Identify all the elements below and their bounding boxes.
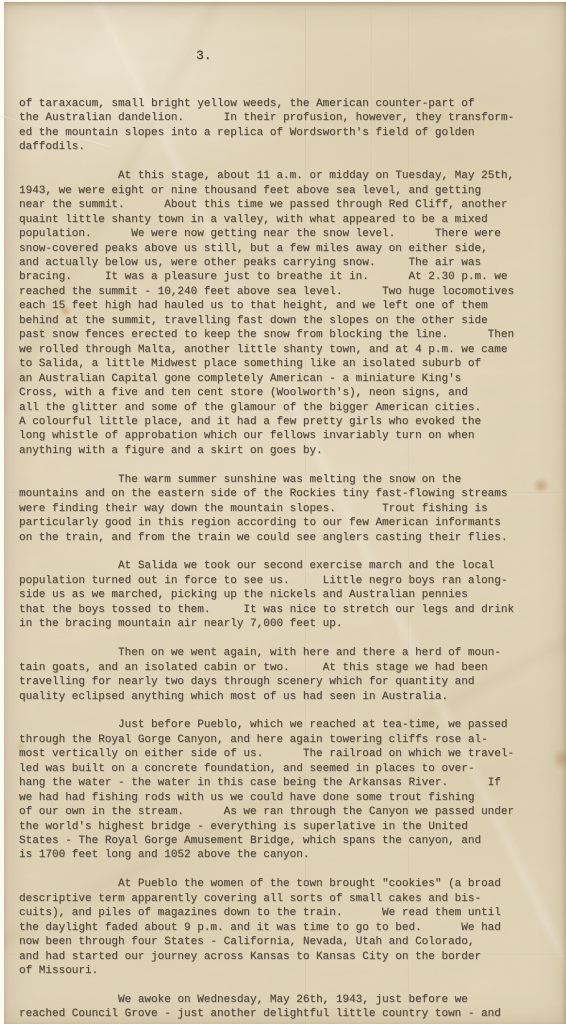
paragraph-salida-march: At Salida we took our second exercise ma… [19, 559, 564, 631]
paragraph-summit-salida: At this stage, about 11 a.m. or midday o… [19, 169, 564, 458]
paragraph-dandelions: of taraxacum, small bright yellow weeds,… [19, 97, 564, 155]
letter-body: of taraxacum, small bright yellow weeds,… [19, 97, 564, 1022]
paragraph-royal-gorge: Just before Pueblo, which we reached at … [19, 718, 564, 863]
page-number: 3. [196, 48, 212, 64]
paragraph-pueblo-cookies: At Pueblo the women of the town brought … [19, 877, 564, 978]
paragraph-trout-fishing: The warm summer sunshine was melting the… [19, 473, 564, 545]
scanned-letter-page: 3. of taraxacum, small bright yellow wee… [4, 2, 566, 1024]
paragraph-mountain-goats: Then on we went again, with here and the… [19, 646, 564, 704]
paragraph-council-grove: We awoke on Wednesday, May 26th, 1943, j… [19, 993, 564, 1022]
